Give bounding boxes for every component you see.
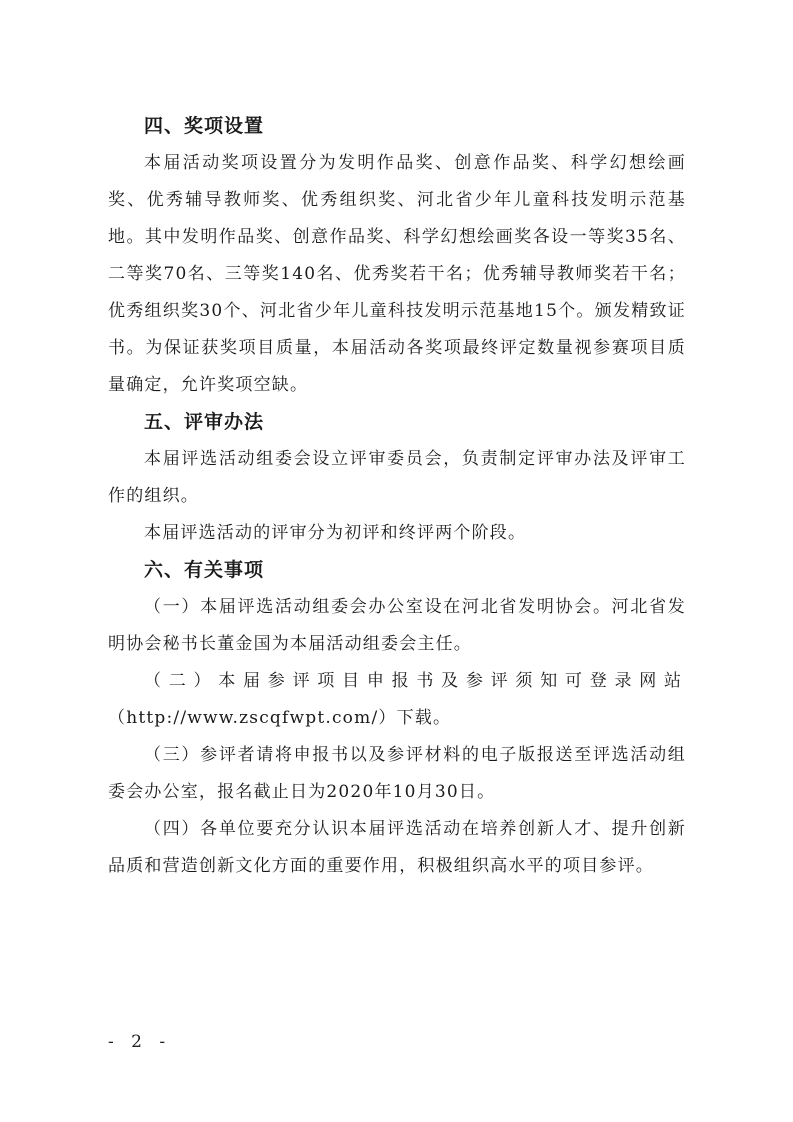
section-heading-matters: 六、有关事项 xyxy=(108,552,686,589)
section-heading-review: 五、评审办法 xyxy=(108,404,686,441)
page-number: - 2 - xyxy=(108,1032,171,1052)
matters-item-2: （二）本届参评项目申报书及参评须知可登录网站 xyxy=(108,663,686,700)
document-page: 四、奖项设置 本届活动奖项设置分为发明作品奖、创意作品奖、科学幻想绘画奖、优秀辅… xyxy=(108,108,686,885)
matters-item-1: （一）本届评选活动组委会办公室设在河北省发明协会。河北省发明协会秘书长董金国为本… xyxy=(108,589,686,663)
awards-paragraph: 本届活动奖项设置分为发明作品奖、创意作品奖、科学幻想绘画奖、优秀辅导教师奖、优秀… xyxy=(108,145,686,404)
matters-item-2-url: （http://www.zscqfwpt.com/）下载。 xyxy=(108,700,686,737)
review-paragraph-2: 本届评选活动的评审分为初评和终评两个阶段。 xyxy=(108,515,686,552)
matters-item-3: （三）参评者请将申报书以及参评材料的电子版报送至评选活动组委会办公室，报名截止日… xyxy=(108,737,686,811)
section-heading-awards: 四、奖项设置 xyxy=(108,108,686,145)
review-paragraph-1: 本届评选活动组委会设立评审委员会，负责制定评审办法及评审工作的组织。 xyxy=(108,441,686,515)
matters-item-4: （四）各单位要充分认识本届评选活动在培养创新人才、提升创新品质和营造创新文化方面… xyxy=(108,811,686,885)
